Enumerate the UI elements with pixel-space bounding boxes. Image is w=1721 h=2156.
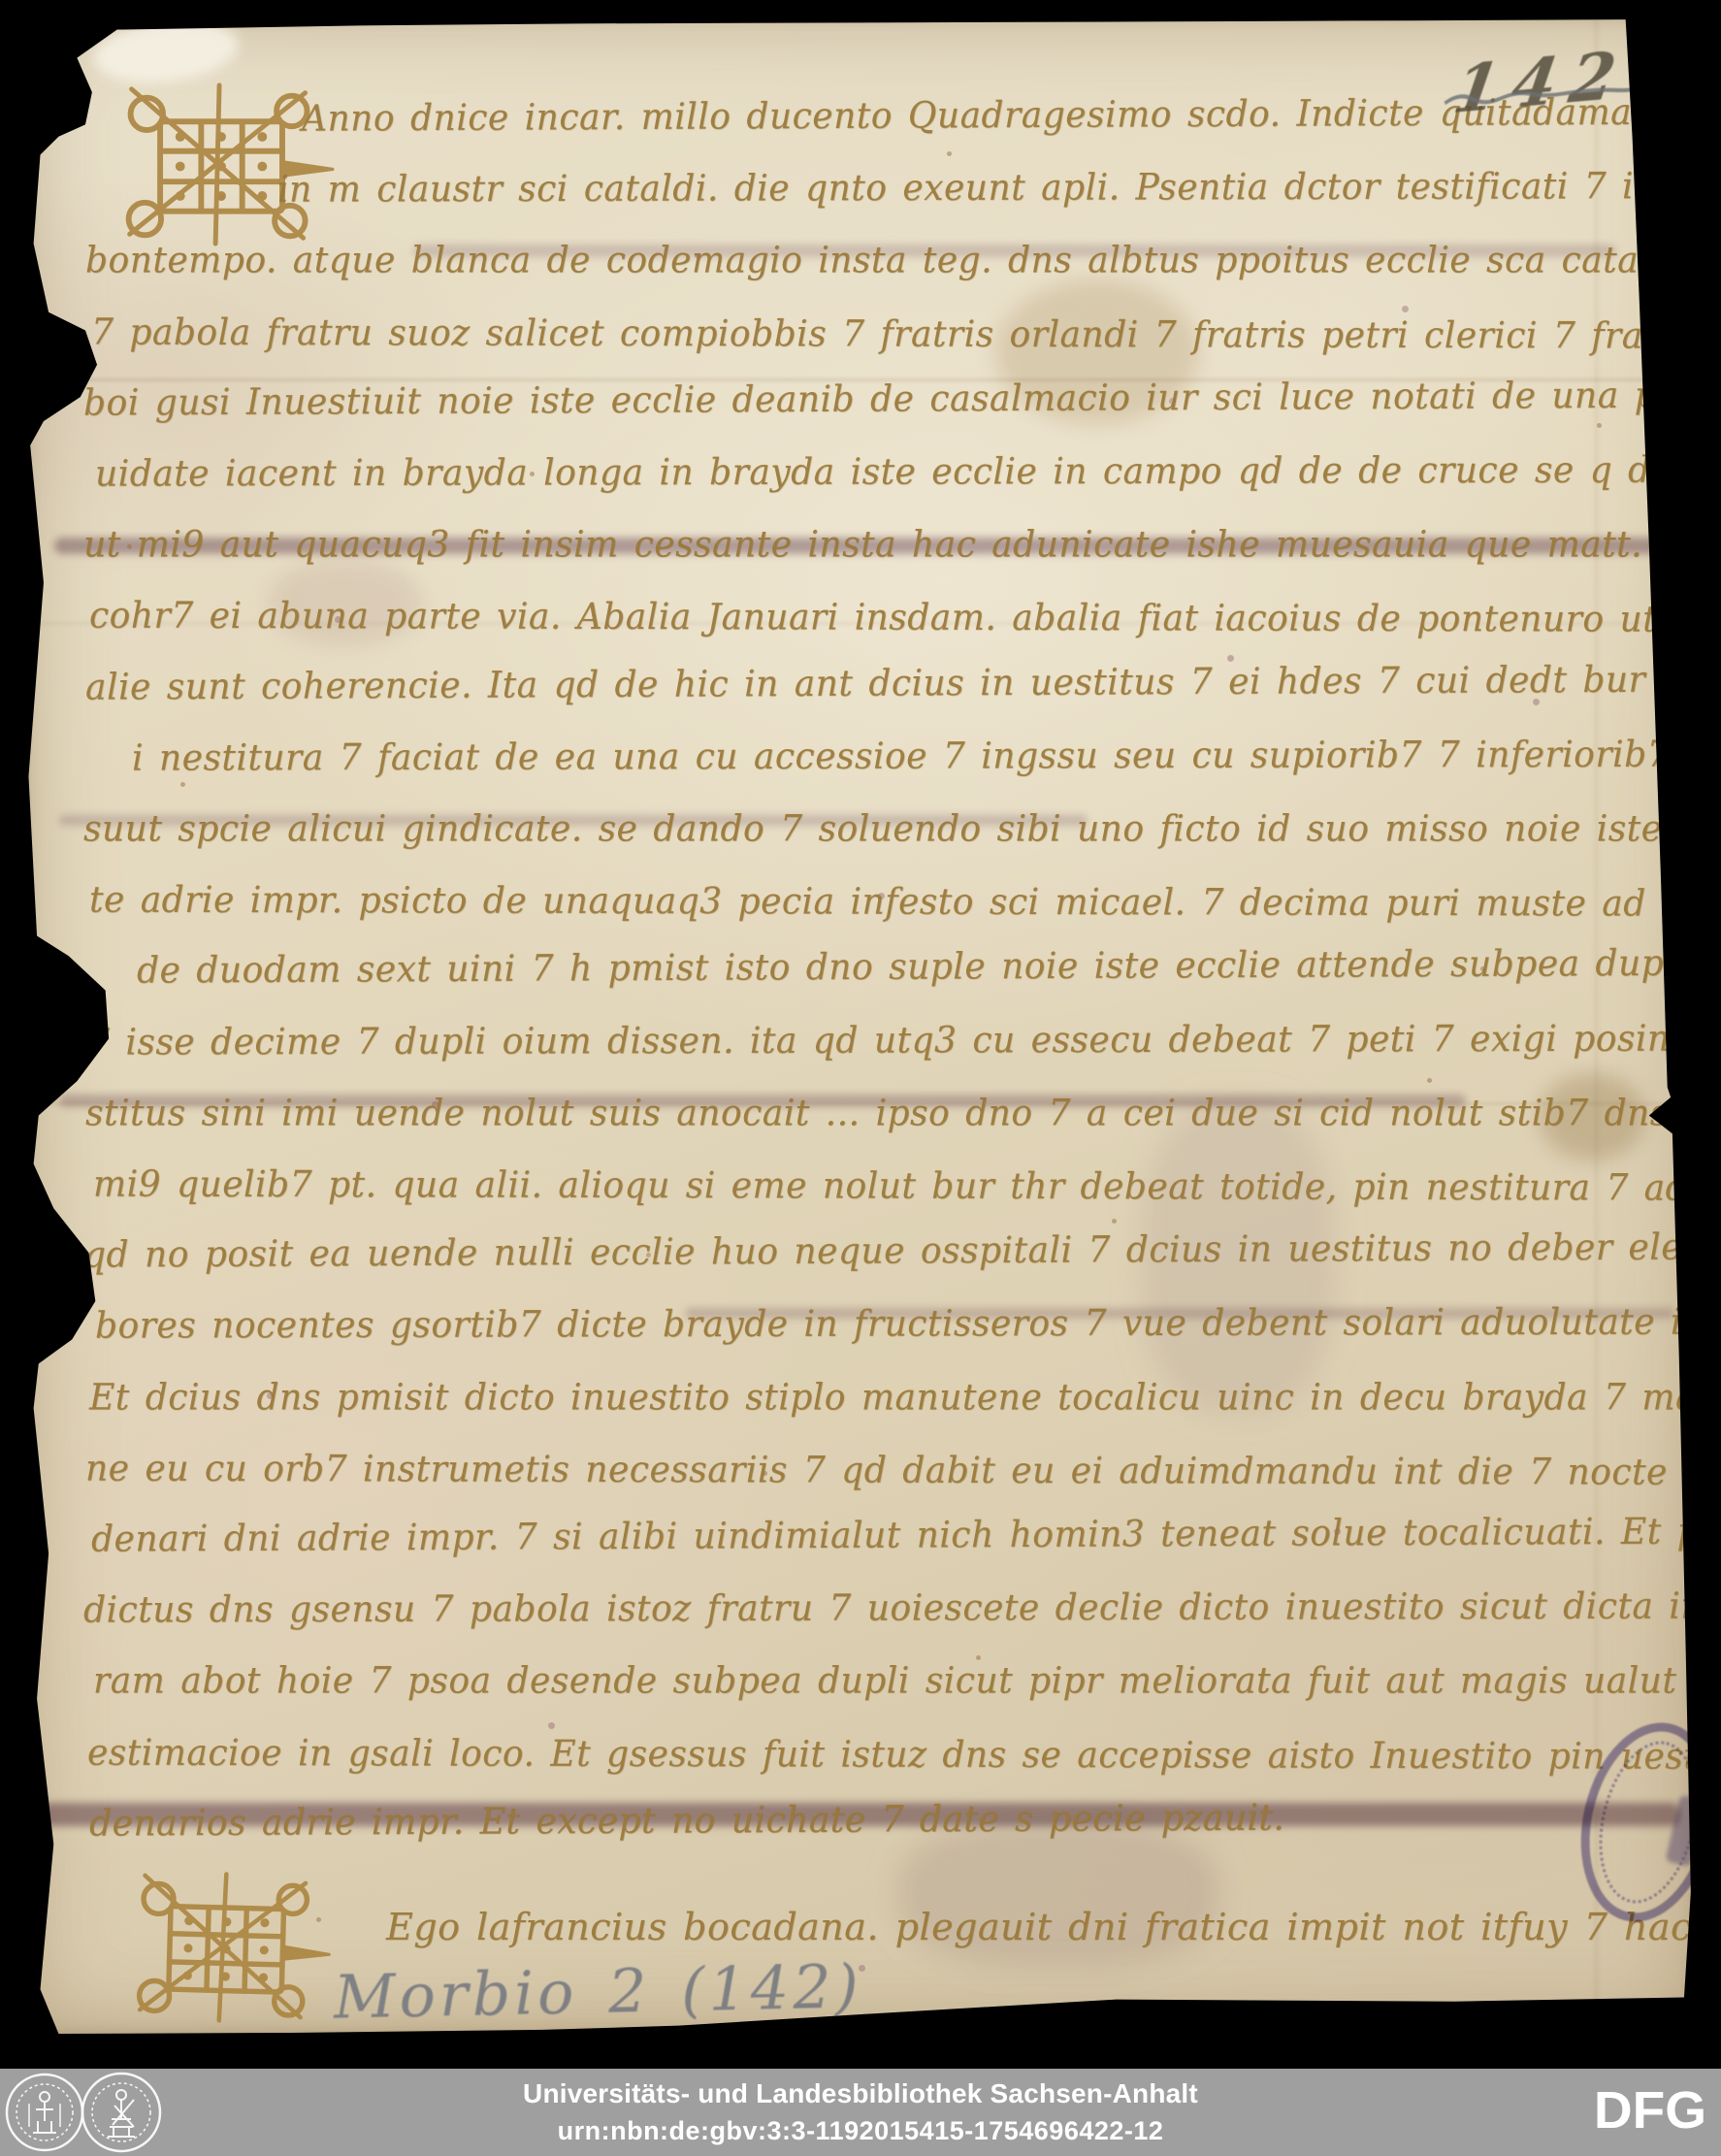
- notary-knot-mark-bottom: [118, 1864, 338, 2033]
- manuscript-text-line: 7 isse decime 7 dupli oium dissen. ita q…: [87, 1017, 1721, 1062]
- manuscript-text-line: ram abot hoie 7 psoa desende subpea dupl…: [93, 1661, 1721, 1703]
- archival-number-crossed-out: 142: [1446, 33, 1673, 141]
- footer-text-block: Universitäts- und Landesbibliothek Sachs…: [0, 2069, 1721, 2156]
- manuscript-text-line: ut mi9 aut quacuq3 fit insim cessante in…: [83, 524, 1703, 566]
- manuscript-text-line: alie sunt coherencie. Ita qd de hic in a…: [85, 658, 1721, 708]
- manuscript-text-line: estimacioe in gsali loco. Et gsessus fui…: [87, 1732, 1721, 1778]
- manuscript-text-line: i nestitura 7 faciat de ea una cu access…: [132, 733, 1721, 778]
- notary-subscription-line: Ego lafrancius bocadana. plegauit dni fr…: [386, 1906, 1721, 1948]
- manuscript-text-line: de duodam sext uini 7 h pmist isto dno s…: [137, 942, 1721, 992]
- manuscript-text-line: Anno dnice incar. millo ducento Quadrage…: [302, 91, 1632, 139]
- manuscript-text-line: uidate iacent in brayda longa in brayda …: [95, 449, 1721, 495]
- manuscript-text-line: qd no posit ea uende nulli ecclie huo ne…: [83, 1226, 1721, 1276]
- manuscript-text-line: denarios adrie impr. Et except no uichat…: [89, 1797, 1284, 1845]
- manuscript-text-line: boi gusi Inuestiuit noie iste ecclie dea…: [83, 374, 1721, 423]
- manuscript-text-line: bontempo. atque blanca de codemagio inst…: [85, 241, 1721, 282]
- parchment-document: Anno dnice incar. millo ducento Quadrage…: [25, 16, 1696, 2034]
- urn-identifier: urn:nbn:de:gbv:3:3-1192015415-1754696422…: [558, 2116, 1164, 2146]
- manuscript-text-line: te adrie impr. psicto de unaquaq3 pecia …: [89, 879, 1721, 925]
- manuscript-text-line: 7 pabola fratru suoz salicet compiobbis …: [91, 311, 1721, 357]
- manuscript-text-line: ne eu cu orb7 instrumetis necessariis 7 …: [85, 1448, 1721, 1493]
- manuscript-text-line: cohr7 ei abuna parte via. Abalia Januari…: [89, 596, 1721, 641]
- library-name: Universitäts- und Landesbibliothek Sachs…: [523, 2078, 1198, 2109]
- manuscript-text-line: Et dcius dns pmisit dicto inuestito stip…: [89, 1377, 1721, 1419]
- manuscript-text-line: stitus sini imi uende nolut suis anocait…: [85, 1093, 1669, 1134]
- digitized-page: Anno dnice incar. millo ducento Quadrage…: [0, 0, 1721, 2156]
- library-footer-bar: Universitäts- und Landesbibliothek Sachs…: [0, 2069, 1721, 2156]
- manuscript-text-line: denari dni adrie impr. 7 si alibi uindim…: [91, 1511, 1721, 1560]
- strikethrough-squiggle: [1437, 33, 1673, 142]
- dfg-logo: DFG: [1594, 2080, 1706, 2140]
- pencil-shelfmark-note: Morbio 2 (142): [333, 1950, 862, 2032]
- manuscript-text-line: in m claustr sci cataldi. die qnto exeun…: [277, 165, 1721, 211]
- stain-speckles: [25, 16, 30, 20]
- manuscript-text-line: mi9 quelib7 pt. qua alii. alioqu si eme …: [93, 1163, 1721, 1209]
- manuscript-text-line: suut spcie alicui gindicate. se dando 7 …: [83, 808, 1721, 850]
- manuscript-text-line: bores nocentes gsortib7 dicte brayde in …: [95, 1301, 1721, 1347]
- manuscript-text-line: dictus dns gsensu 7 pabola istoz fratru …: [83, 1585, 1721, 1631]
